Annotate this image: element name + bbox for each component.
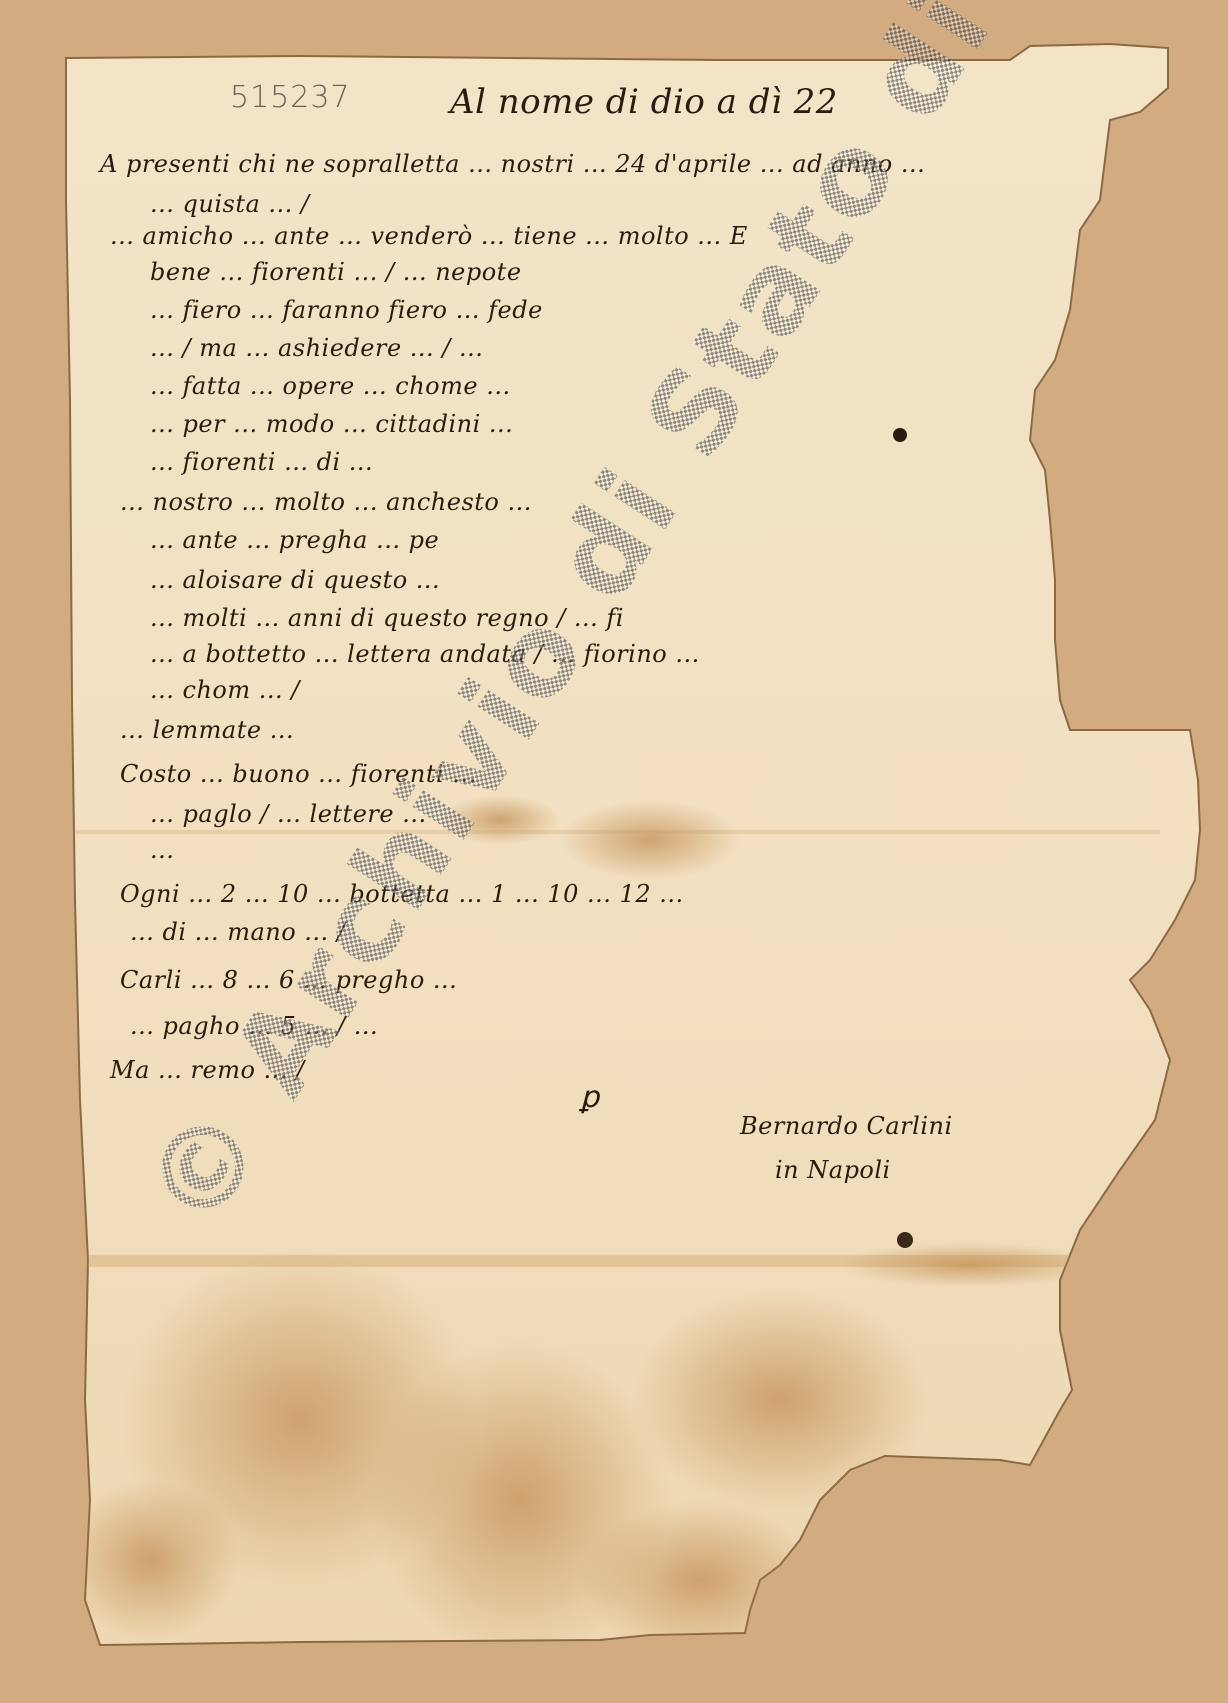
letter-heading: Al nome di dio a dì 22	[450, 82, 838, 122]
body-line: ... lemmate ...	[120, 716, 294, 744]
signature-place: in Napoli	[775, 1156, 891, 1184]
signature-name: Bernardo Carlini	[740, 1112, 953, 1140]
body-line: ... fatta ... opere ... chome ...	[150, 372, 511, 400]
body-line: ... nostro ... molto ... anchesto ...	[120, 488, 532, 516]
body-line: ... fiero ... faranno fiero ... fede	[150, 296, 543, 324]
body-line: ... ante ... pregha ... pe	[150, 526, 439, 554]
body-line: ... chom ... /	[150, 676, 300, 704]
body-line: ... / ma ... ashiedere ... / ...	[150, 334, 483, 362]
archive-number: 515237	[230, 80, 351, 115]
body-line: ... fiorenti ... di ...	[150, 448, 373, 476]
body-line: ... aloisare di questo ...	[150, 566, 440, 594]
body-line: bene ... fiorenti ... / ... nepote	[150, 258, 522, 286]
cross-mark: ꝑ	[580, 1080, 600, 1115]
body-line: ... per ... modo ... cittadini ...	[150, 410, 513, 438]
body-line: ...	[150, 836, 174, 864]
document-scan: 515237 Al nome di dio a dì 22 A presenti…	[0, 0, 1228, 1703]
body-line: ... quista ... /	[150, 190, 310, 218]
manuscript-paper	[0, 0, 1228, 1703]
body-line: ... amicho ... ante ... venderò ... tien…	[110, 222, 748, 250]
